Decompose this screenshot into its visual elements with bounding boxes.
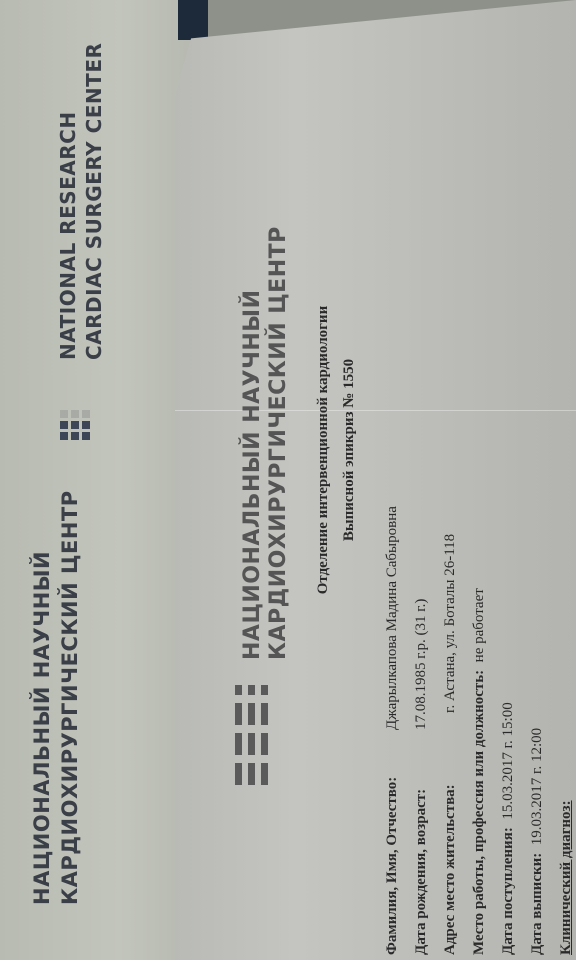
logo-icon bbox=[60, 410, 90, 440]
sheet-logo-icon bbox=[235, 685, 268, 785]
folder-title-en: NATIONAL RESEARCH CARDIAC SURGERY CENTER bbox=[55, 43, 107, 360]
field-occupation: Место работы, профессия или должность: н… bbox=[465, 506, 494, 955]
field-discharge-date: Дата выписки: 19.03.2017 г. 12:00 bbox=[523, 506, 552, 955]
field-address: Адрес место жительства:г. Астана, ул. Бо… bbox=[436, 506, 465, 955]
field-diagnosis: Клинический диагноз: bbox=[552, 506, 576, 955]
document-title: Выписной эпикриз № 1550 bbox=[336, 240, 362, 660]
document-heading: Отделение интервенционной кардиологии Вы… bbox=[310, 240, 362, 660]
folder-title-ru: НАЦИОНАЛЬНЫЙ НАУЧНЫЙ КАРДИОХИРУРГИЧЕСКИЙ… bbox=[28, 490, 84, 905]
department-name: Отделение интервенционной кардиологии bbox=[310, 240, 336, 660]
field-full-name: Фамилия, Имя, Отчество:Джарылкапова Мади… bbox=[378, 506, 407, 955]
paper-fold bbox=[175, 410, 576, 411]
field-admission-date: Дата поступления: 15.03.2017 г. 15:00 bbox=[494, 506, 523, 955]
field-birth-date: Дата рождения, возраст:17.08.1985 г.р. (… bbox=[407, 506, 436, 955]
background-gap bbox=[178, 0, 208, 40]
patient-fields: Фамилия, Имя, Отчество:Джарылкапова Мади… bbox=[378, 506, 576, 955]
sheet-header: НАЦИОНАЛЬНЫЙ НАУЧНЫЙ КАРДИОХИРУРГИЧЕСКИЙ… bbox=[240, 226, 292, 660]
